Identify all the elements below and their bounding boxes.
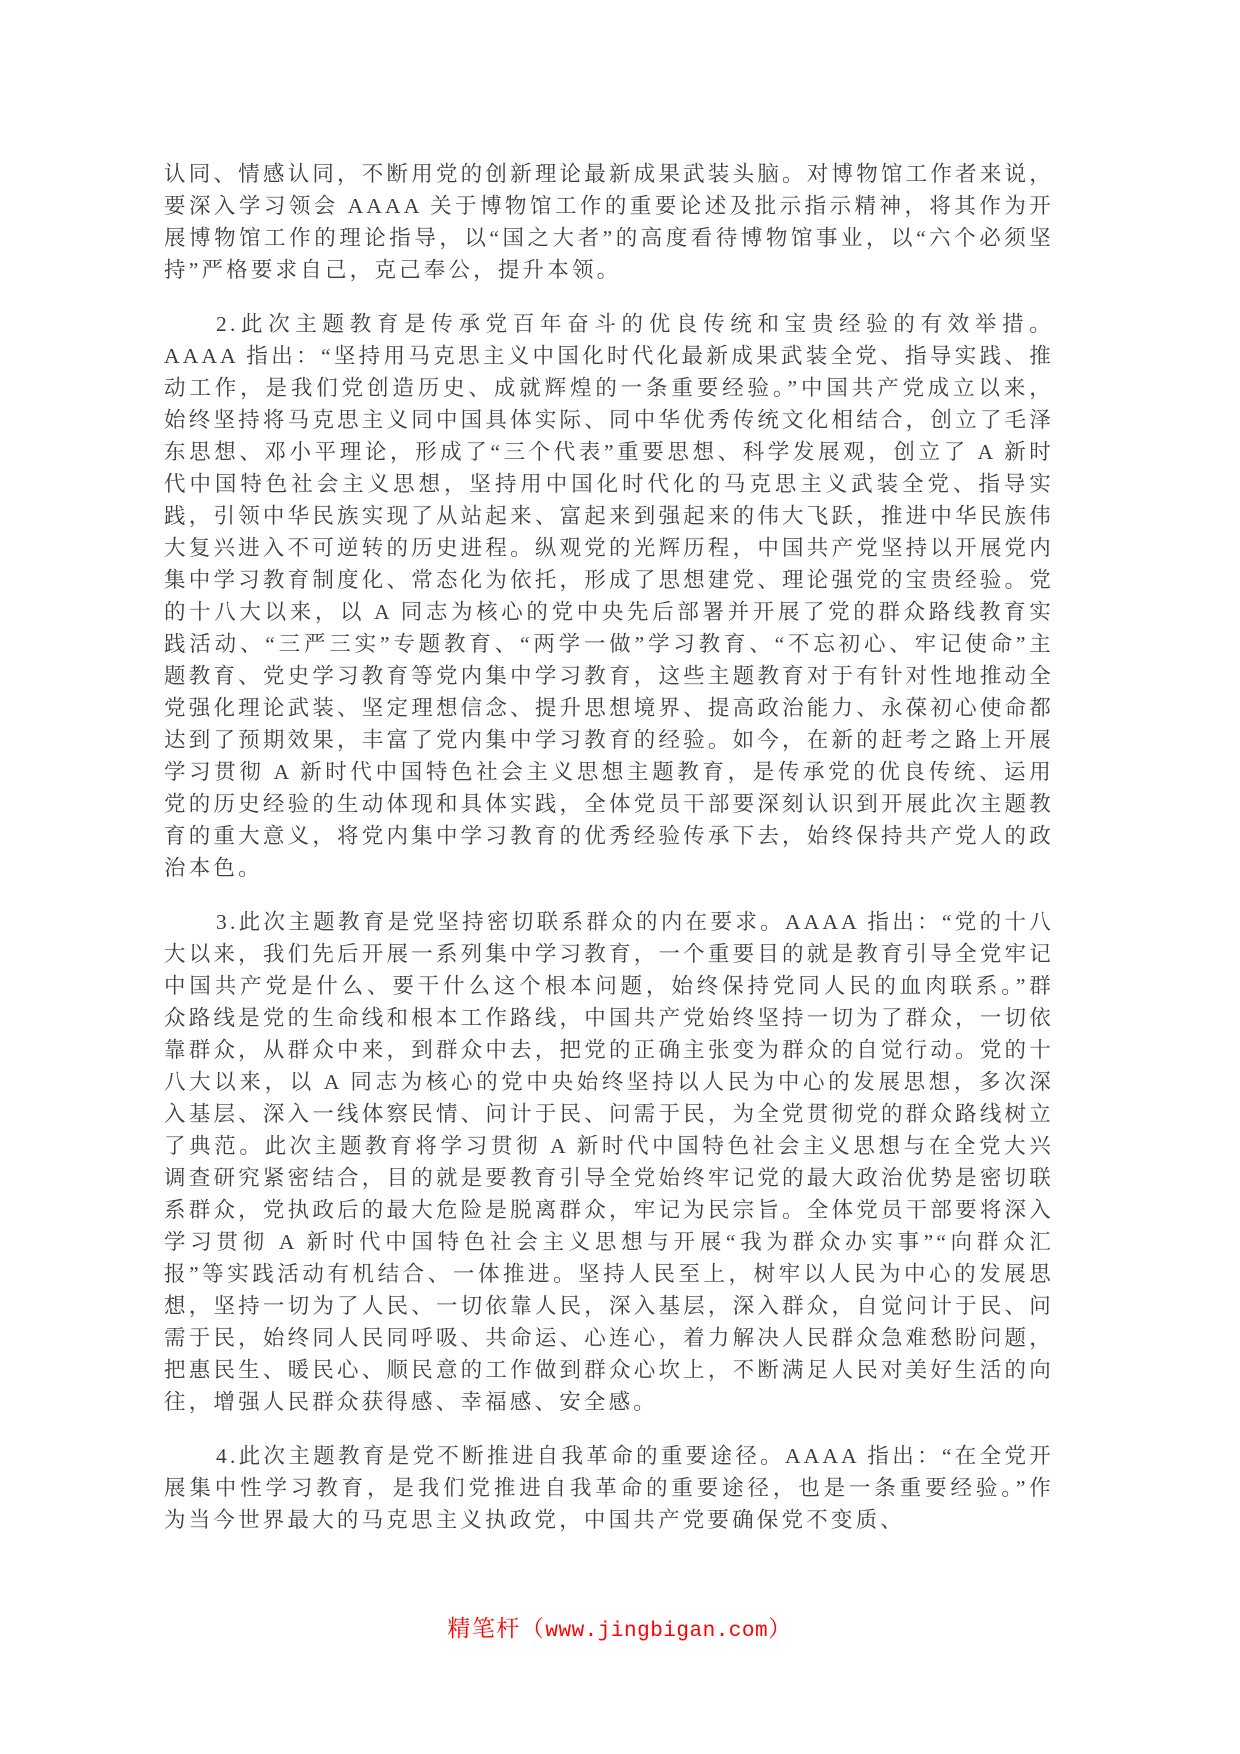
document-body: 认同、情感认同，不断用党的创新理论最新成果武装头脑。对博物馆工作者来说，要深入学… <box>164 158 1054 1558</box>
paragraph-point-4: 4.此次主题教育是党不断推进自我革命的重要途径。AAAA 指出：“在全党开展集中… <box>164 1440 1054 1536</box>
page-footer-watermark: 精笔杆（www.jingbigan.com） <box>0 1612 1240 1649</box>
paragraph-point-2: 2.此次主题教育是传承党百年奋斗的优良传统和宝贵经验的有效举措。AAAA 指出：… <box>164 308 1054 884</box>
footer-close-paren: ） <box>768 1616 793 1641</box>
paragraph-continuation: 认同、情感认同，不断用党的创新理论最新成果武装头脑。对博物馆工作者来说，要深入学… <box>164 158 1054 286</box>
footer-site-name: 精笔杆 <box>447 1616 521 1641</box>
footer-site-url: www.jingbigan.com <box>545 1620 768 1643</box>
document-page: 认同、情感认同，不断用党的创新理论最新成果武装头脑。对博物馆工作者来说，要深入学… <box>0 0 1240 1754</box>
footer-open-paren: （ <box>521 1616 546 1641</box>
paragraph-point-3: 3.此次主题教育是党坚持密切联系群众的内在要求。AAAA 指出：“党的十八大以来… <box>164 906 1054 1418</box>
